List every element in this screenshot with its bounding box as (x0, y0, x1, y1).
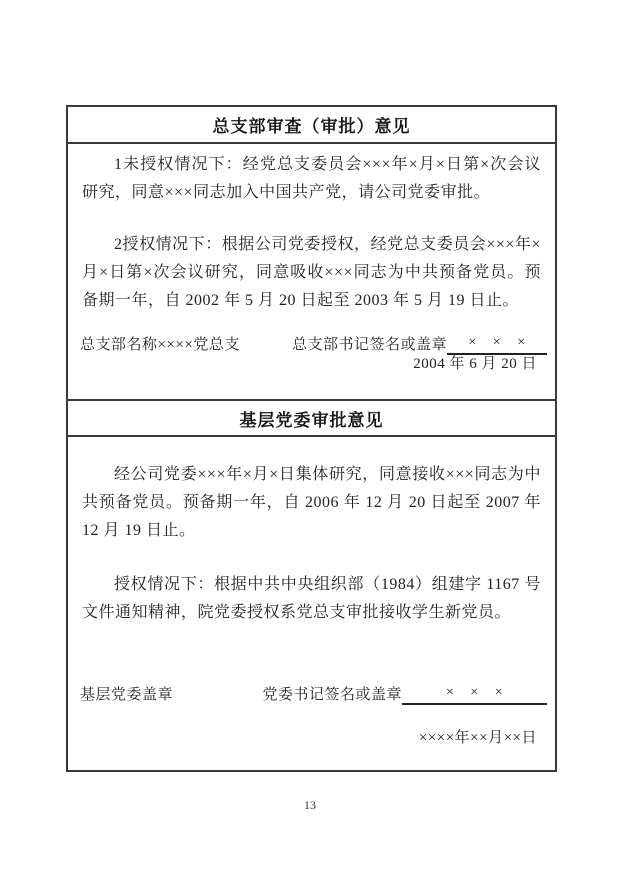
section1-header: 总支部审查（审批）意见 (68, 107, 555, 144)
page-number: 13 (0, 798, 620, 813)
section1-secretary-signature: 总支部书记签名或盖章× × × (292, 332, 547, 355)
section2-header: 基层党委审批意见 (68, 401, 555, 437)
section2-secretary-signature: 党委书记签名或盖章× × × (262, 682, 547, 705)
section1-paragraph-unauthorized: 1未授权情况下：经党总支委员会×××年×月×日第×次会议研究，同意×××同志加入… (82, 144, 541, 207)
section2-paragraph-authorization: 授权情况下：根据中共中央组织部（1984）组建字 1167 号文件通知精神，院党… (82, 571, 541, 627)
section2-title: 基层党委审批意见 (240, 406, 384, 431)
section2-signature-label: 党委书记签名或盖章 (262, 687, 402, 703)
section1-signature-label: 总支部书记签名或盖章 (292, 337, 447, 353)
party-approval-form: 总支部审查（审批）意见 1未授权情况下：经党总支委员会×××年×月×日第×次会议… (66, 105, 557, 772)
section1-title: 总支部审查（审批）意见 (213, 112, 411, 137)
document-page: 总支部审查（审批）意见 1未授权情况下：经党总支委员会×××年×月×日第×次会议… (0, 0, 620, 876)
section1-signature-value: × × × (464, 335, 529, 350)
section2-committee-seal-label: 基层党委盖章 (80, 685, 173, 705)
section1-paragraph-authorized: 2授权情况下：根据公司党委授权，经党总支委员会×××年×月×日第×次会议研究，同… (82, 231, 541, 315)
section1-body: 1未授权情况下：经党总支委员会×××年×月×日第×次会议研究，同意×××同志加入… (68, 144, 555, 401)
section1-date: 2004 年 6 月 20 日 (413, 354, 537, 374)
section1-branch-name-label: 总支部名称××××党总支 (80, 335, 240, 355)
section2-body: 经公司党委×××年×月×日集体研究，同意接收×××同志为中共预备党员。预备期一年… (68, 437, 555, 770)
section2-signature-value: × × × (442, 685, 507, 700)
section2-paragraph-decision: 经公司党委×××年×月×日集体研究，同意接收×××同志为中共预备党员。预备期一年… (82, 437, 541, 545)
section2-date: ××××年××月××日 (419, 728, 537, 748)
section2-signature-line: × × × (402, 682, 547, 705)
section1-signature-line: × × × (447, 332, 547, 355)
section1-signature-row: 总支部名称××××党总支 总支部书记签名或盖章× × × (80, 332, 547, 355)
section2-signature-row: 基层党委盖章 党委书记签名或盖章× × × (80, 682, 547, 705)
